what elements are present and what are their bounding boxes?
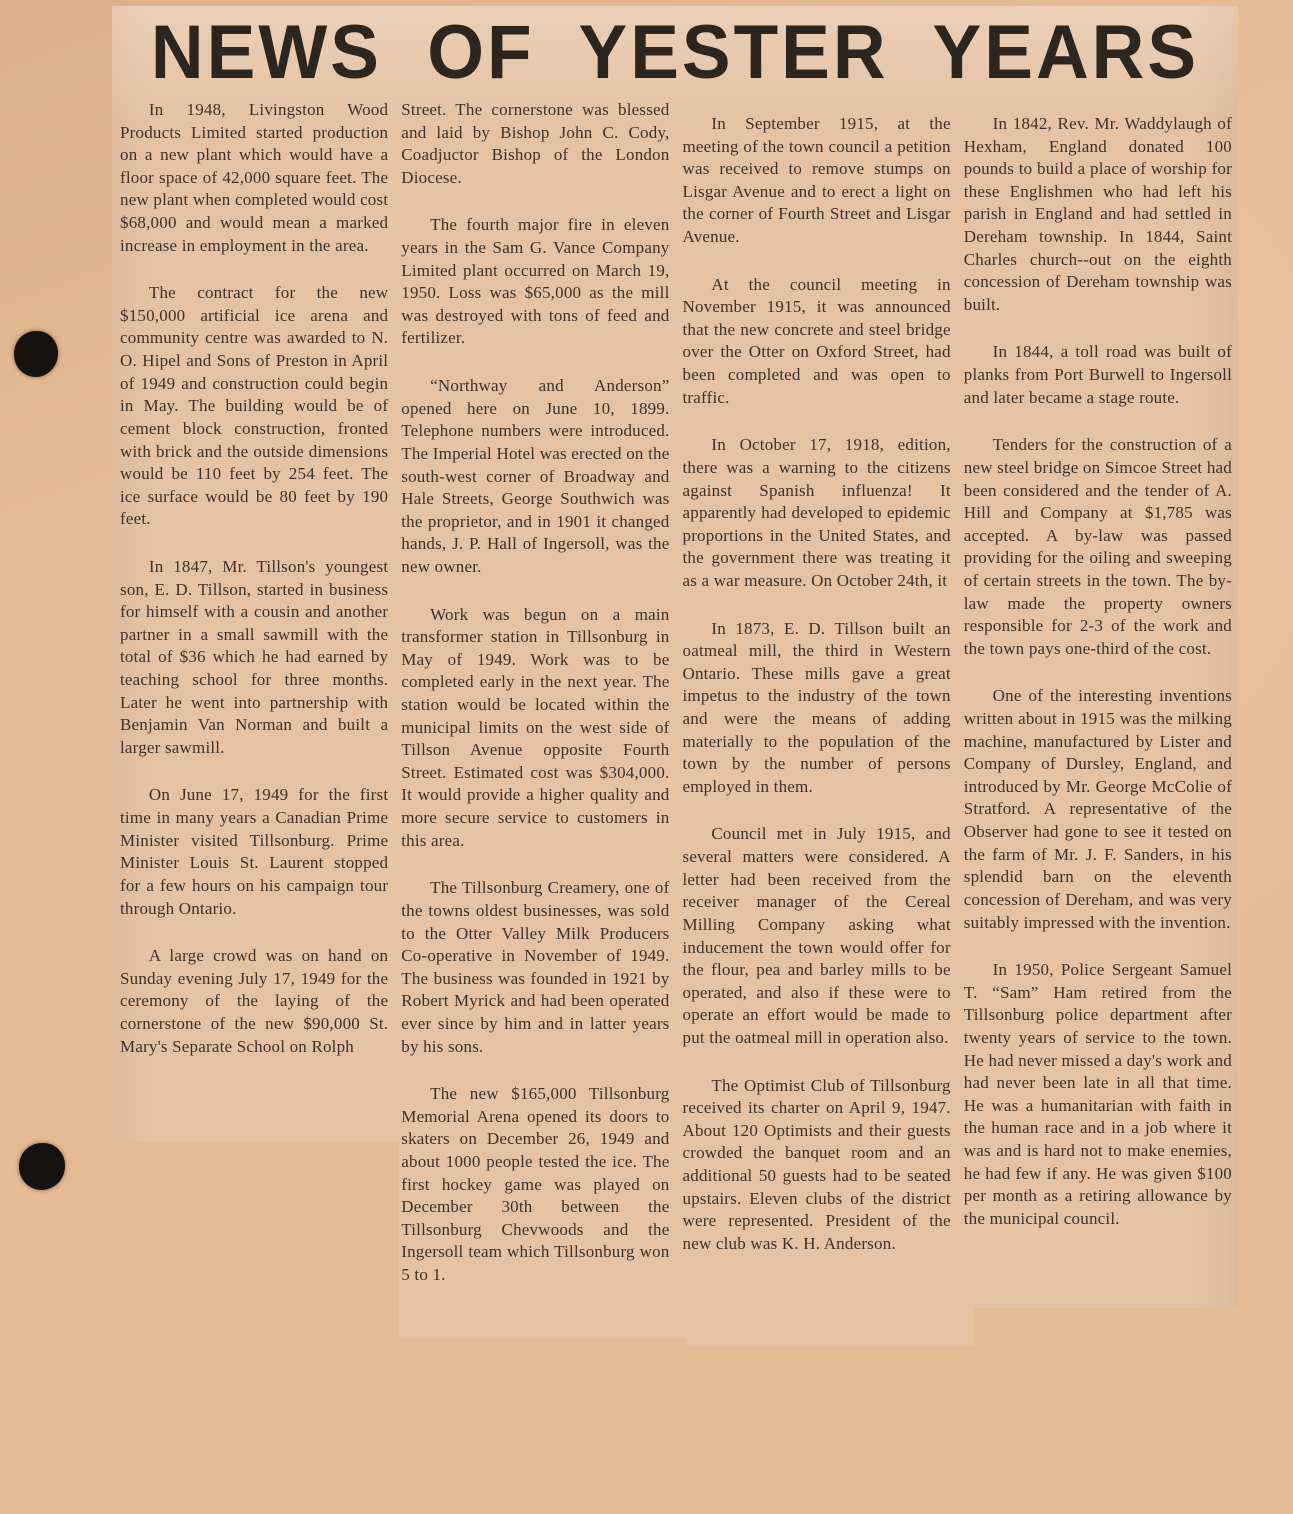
- article-paragraph: Work was begun on a main transformer sta…: [401, 604, 669, 853]
- newspaper-clipping: NEWS OF YESTER YEARS In 1948, Livingston…: [112, 6, 1238, 1350]
- page-title: NEWS OF YESTER YEARS: [112, 15, 1238, 91]
- article-paragraph: In 1844, a toll road was built of planks…: [964, 341, 1232, 409]
- punch-hole-icon: [19, 1143, 65, 1190]
- article-paragraph: In 1873, E. D. Tillson built an oatmeal …: [683, 618, 951, 799]
- article-paragraph: Council met in July 1915, and several ma…: [683, 823, 951, 1049]
- punch-hole-icon: [14, 331, 58, 377]
- article-paragraph: “Northway and Anderson” opened here on J…: [401, 375, 669, 578]
- article-column-1: In 1948, Livingston Wood Products Limite…: [120, 99, 388, 1312]
- article-paragraph: The Tillsonburg Creamery, one of the tow…: [401, 877, 669, 1058]
- article-paragraph: A large crowd was on hand on Sunday even…: [120, 945, 388, 1058]
- article-paragraph: The new $165,000 Tillsonburg Memorial Ar…: [401, 1083, 669, 1286]
- article-paragraph: In 1948, Livingston Wood Products Limite…: [120, 99, 388, 257]
- article-paragraph: In September 1915, at the meeting of the…: [683, 113, 951, 249]
- article-column-4: In 1842, Rev. Mr. Waddylaugh of Hexham, …: [964, 99, 1232, 1312]
- article-paragraph: In 1842, Rev. Mr. Waddylaugh of Hexham, …: [964, 113, 1232, 316]
- article-paragraph: One of the interesting inventions writte…: [964, 685, 1232, 934]
- article-paragraph: In 1950, Police Sergeant Samuel T. “Sam”…: [964, 959, 1232, 1230]
- scrapbook-page: NEWS OF YESTER YEARS In 1948, Livingston…: [0, 0, 1293, 1514]
- article-columns: In 1948, Livingston Wood Products Limite…: [112, 95, 1238, 1312]
- article-paragraph: The Optimist Club of Tillsonburg receive…: [683, 1075, 951, 1256]
- article-paragraph: In October 17, 1918, edition, there was …: [683, 434, 951, 592]
- article-column-3: In September 1915, at the meeting of the…: [683, 99, 951, 1312]
- article-column-2: Street. The cornerstone was blessed and …: [401, 99, 669, 1312]
- article-paragraph: The fourth major fire in eleven years in…: [401, 214, 669, 350]
- article-paragraph: Tenders for the construction of a new st…: [964, 434, 1232, 660]
- article-paragraph: At the council meeting in November 1915,…: [683, 274, 951, 410]
- article-paragraph: On June 17, 1949 for the first time in m…: [120, 784, 388, 920]
- article-paragraph: The contract for the new $150,000 artifi…: [120, 282, 388, 531]
- article-paragraph: Street. The cornerstone was blessed and …: [401, 99, 669, 189]
- article-paragraph: In 1847, Mr. Tillson's youngest son, E. …: [120, 556, 388, 759]
